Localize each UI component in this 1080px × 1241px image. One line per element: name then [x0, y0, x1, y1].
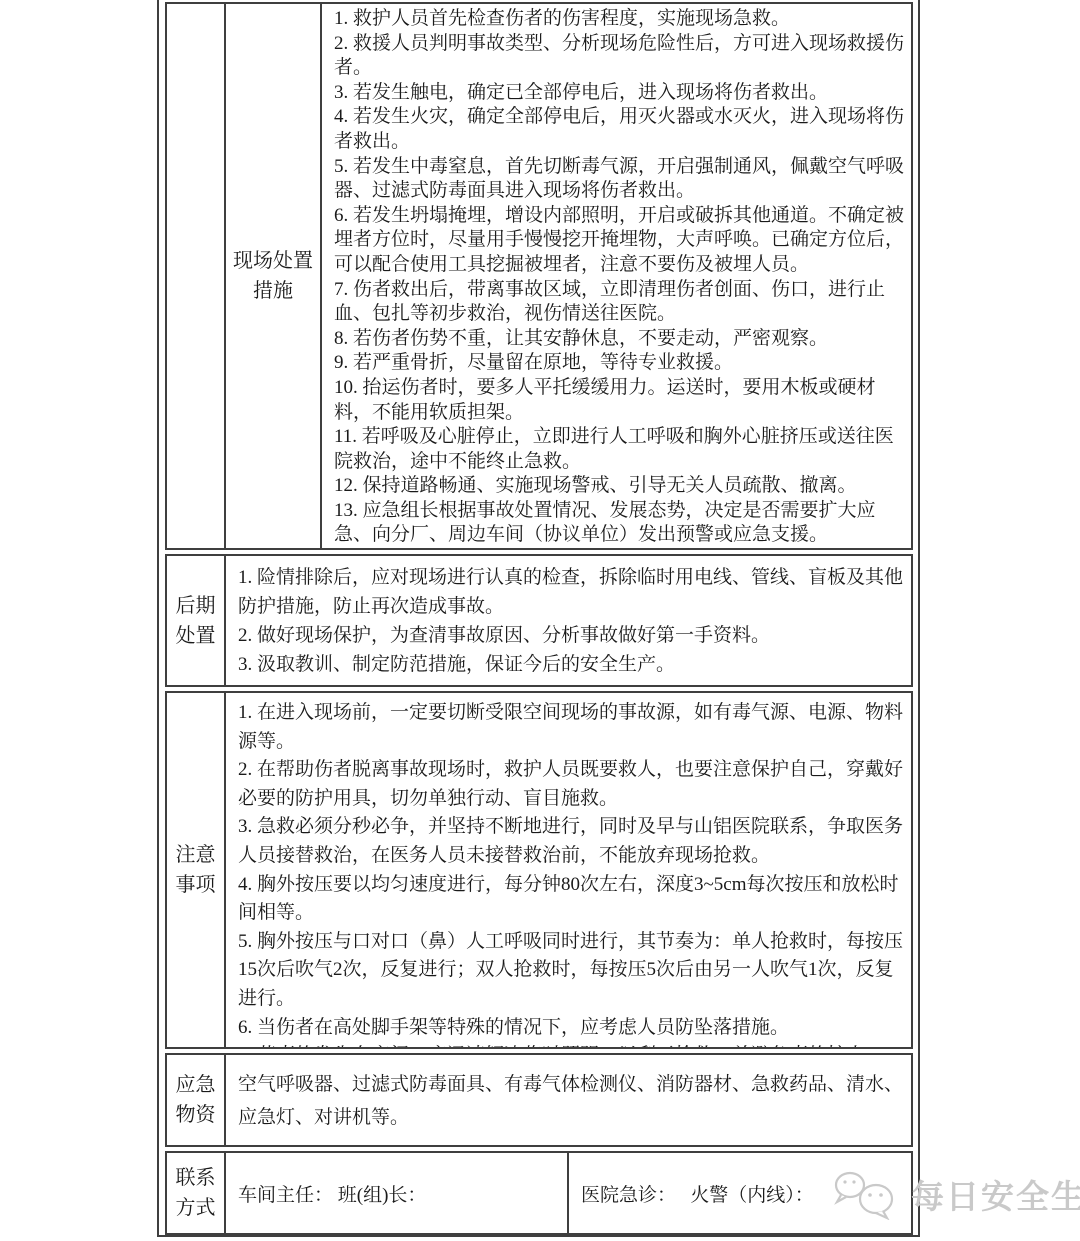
onsite-item-12: 12. 保持道路畅通、实施现场警戒、引导无关人员疏散、撤离。 [334, 474, 905, 499]
precaution-item-2: 2. 在帮助伤者脱离事故现场时，救护人员既要救人，也要注意保护自己，穿戴好必要的… [238, 756, 905, 813]
onsite-item-11: 11. 若呼吸及心脏停止，立即进行人工呼吸和胸外心脏挤压或送往医院救治，途中不能… [334, 425, 905, 474]
onsite-measures-label: 现场处置措施 [224, 4, 320, 548]
emergency-response-table: 现场处置措施 1. 救护人员首先检查伤者的伤害程度，实施现场急救。 2. 救援人… [165, 2, 913, 1235]
onsite-item-3: 3. 若发生触电，确定已全部停电后，进入现场将伤者救出。 [334, 81, 905, 106]
post-item-3: 3. 汲取教训、制定防范措施，保证今后的安全生产。 [238, 650, 905, 679]
precaution-item-3: 3. 急救必须分秒必争，并坚持不断地进行，同时及早与山铝医院联系，争取医务人员接… [238, 813, 905, 870]
onsite-empty-cell [167, 4, 224, 548]
precaution-item-6: 6. 当伤者在高处脚手架等特殊的情况下，应考虑人员防坠落措施。 [238, 1014, 905, 1043]
section-onsite-measures: 现场处置措施 1. 救护人员首先检查伤者的伤害程度，实施现场急救。 2. 救援人… [165, 2, 913, 550]
onsite-item-4: 4. 若发生火灾，确定全部停电后，用灭火器或水灭火，进入现场将伤者救出。 [334, 105, 905, 154]
onsite-item-6: 6. 若发生坍塌掩埋，增设内部照明，开启或破拆其他通道。不确定被埋者方位时，尽量… [334, 204, 905, 278]
emergency-supplies-label: 应急物资 [167, 1055, 224, 1145]
post-disposal-label: 后期处置 [167, 556, 224, 685]
contact-workshop-cell: 车间主任： 班(组)长： [224, 1153, 567, 1233]
precaution-item-4: 4. 胸外按压要以均匀速度进行，每分钟80次左右，深度3~5cm每次按压和放松时… [238, 871, 905, 928]
onsite-item-10: 10. 抬运伤者时，要多人平托缓缓用力。运送时，要用木板或硬材料，不能用软质担架… [334, 376, 905, 425]
onsite-item-13: 13. 应急组长根据事故处置情况、发展态势，决定是否需要扩大应急、向分厂、周边车… [334, 499, 905, 548]
onsite-item-1: 1. 救护人员首先检查伤者的伤害程度，实施现场急救。 [334, 7, 905, 32]
section-post-disposal: 后期处置 1. 险情排除后，应对现场进行认真的检查，拆除临时用电线、管线、盲板及… [165, 554, 913, 687]
wechat-bubbles-icon [831, 1168, 905, 1220]
onsite-measures-content: 1. 救护人员首先检查伤者的伤害程度，实施现场急救。 2. 救援人员判明事故类型… [320, 4, 911, 548]
watermark: 每日安全生产 [831, 1168, 1071, 1220]
watermark-text: 每日安全生产 [911, 1171, 1080, 1218]
post-item-2: 2. 做好现场保护，为查清事故原因、分析事故做好第一手资料。 [238, 621, 905, 650]
precaution-item-7-clipped: 7. 若事故发生在夜间，应迅速解决临时照明，以利于抢救，并避免事故扩大。 [238, 1042, 905, 1047]
onsite-item-8: 8. 若伤者伤势不重，让其安静休息，不要走动，严密观察。 [334, 327, 905, 352]
contact-info-label: 联系方式 [167, 1153, 224, 1233]
post-disposal-content: 1. 险情排除后，应对现场进行认真的检查，拆除临时用电线、管线、盲板及其他防护措… [224, 556, 911, 685]
section-contact-info: 联系方式 车间主任： 班(组)长： 医院急诊： 火警（内线）： [165, 1151, 913, 1235]
supplies-text: 空气呼吸器、过滤式防毒面具、有毒气体检测仪、消防器材、急救药品、清水、应急灯、对… [238, 1068, 905, 1134]
section-emergency-supplies: 应急物资 空气呼吸器、过滤式防毒面具、有毒气体检测仪、消防器材、急救药品、清水、… [165, 1053, 913, 1147]
section-precautions: 注意事项 1. 在进入现场前，一定要切断受限空间现场的事故源，如有毒气源、电源、… [165, 691, 913, 1049]
post-item-1: 1. 险情排除后，应对现场进行认真的检查，拆除临时用电线、管线、盲板及其他防护措… [238, 563, 905, 621]
precautions-label: 注意事项 [167, 693, 224, 1047]
emergency-supplies-content: 空气呼吸器、过滤式防毒面具、有毒气体检测仪、消防器材、急救药品、清水、应急灯、对… [224, 1055, 911, 1145]
onsite-item-5: 5. 若发生中毒窒息，首先切断毒气源，开启强制通风，佩戴空气呼吸器、过滤式防毒面… [334, 155, 905, 204]
precautions-content: 1. 在进入现场前，一定要切断受限空间现场的事故源，如有毒气源、电源、物料源等。… [224, 693, 911, 1047]
onsite-item-2: 2. 救援人员判明事故类型、分析现场危险性后，方可进入现场救援伤者。 [334, 32, 905, 81]
precaution-item-5: 5. 胸外按压与口对口（鼻）人工呼吸同时进行，其节奏为：单人抢救时，每按压15次… [238, 928, 905, 1014]
precaution-item-1: 1. 在进入现场前，一定要切断受限空间现场的事故源，如有毒气源、电源、物料源等。 [238, 699, 905, 756]
onsite-item-9: 9. 若严重骨折，尽量留在原地，等待专业救援。 [334, 351, 905, 376]
onsite-item-7: 7. 伤者救出后，带离事故区域，立即清理伤者创面、伤口，进行止血、包扎等初步救治… [334, 278, 905, 327]
